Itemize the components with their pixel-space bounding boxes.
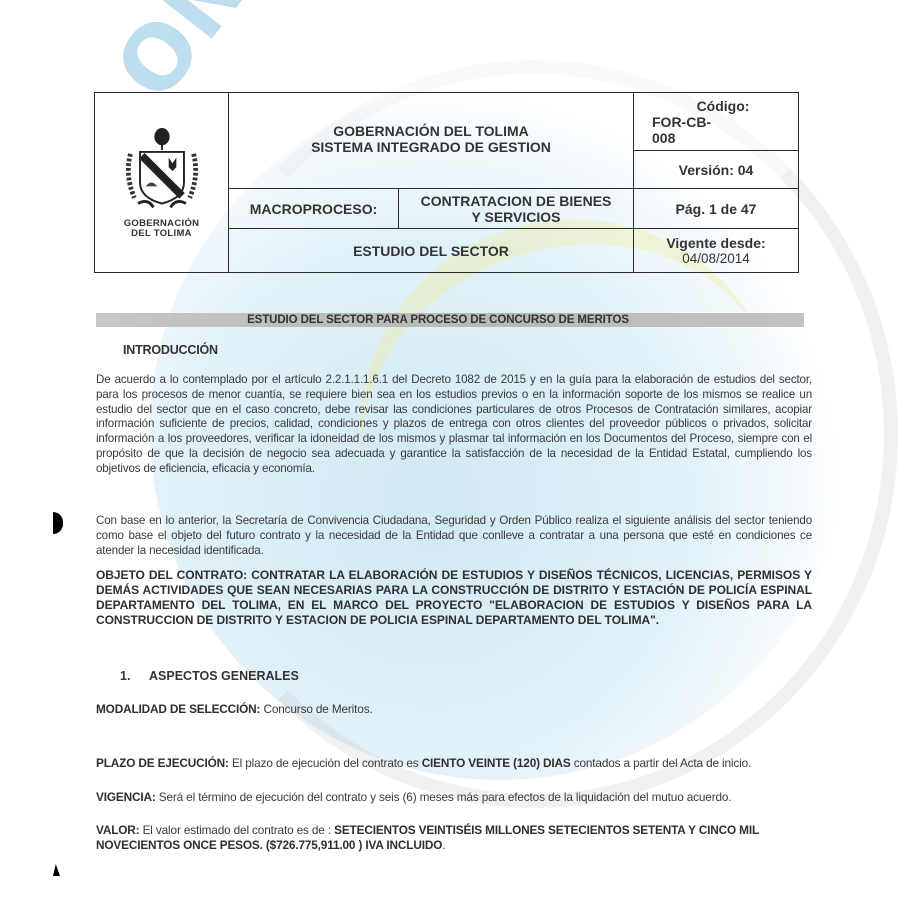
- macroproceso-value-line2: Y SERVICIOS: [403, 209, 629, 225]
- document-name: ESTUDIO DEL SECTOR: [229, 229, 634, 273]
- introduccion-heading: INTRODUCCIÓN: [123, 343, 218, 357]
- section-number: 1.: [120, 669, 146, 683]
- codigo-value-line2: 008: [652, 130, 794, 146]
- plazo-label: PLAZO DE EJECUCIÓN:: [96, 756, 229, 770]
- logo-cell: GOBERNACIÓN DEL TOLIMA: [95, 93, 229, 273]
- modalidad-value: Concurso de Meritos.: [260, 702, 372, 716]
- modalidad-line: MODALIDAD DE SELECCIÓN: Concurso de Meri…: [96, 702, 812, 717]
- aspectos-generales-heading: 1. ASPECTOS GENERALES: [120, 669, 299, 683]
- vigente-date: 04/08/2014: [638, 251, 794, 267]
- macroproceso-value: CONTRATACION DE BIENES Y SERVICIOS: [399, 189, 634, 229]
- vigente-cell: Vigente desde: 04/08/2014: [634, 229, 799, 273]
- codigo-label: Código:: [652, 98, 794, 114]
- macroproceso-label: MACROPROCESO:: [229, 189, 399, 229]
- introduccion-paragraph-2: Con base en lo anterior, la Secretaría d…: [96, 514, 812, 558]
- plazo-text: El plazo de ejecución del contrato es: [229, 756, 422, 770]
- valor-line: VALOR: El valor estimado del contrato es…: [96, 823, 812, 853]
- plazo-text-after: contados a partir del Acta de inicio.: [571, 756, 752, 770]
- vigente-label: Vigente desde:: [638, 235, 794, 251]
- section-title-bar: ESTUDIO DEL SECTOR PARA PROCESO DE CONCU…: [96, 313, 804, 327]
- plazo-duration: CIENTO VEINTE (120) DIAS: [422, 756, 571, 770]
- introduccion-paragraph-1: De acuerdo a lo contemplado por el artíc…: [96, 373, 812, 477]
- organization-title: GOBERNACIÓN DEL TOLIMA: [233, 123, 629, 139]
- logo-text-line1: GOBERNACIÓN: [99, 219, 224, 229]
- valor-text: El valor estimado del contrato es de :: [139, 823, 334, 837]
- document-header-table: GOBERNACIÓN DEL TOLIMA GOBERNACIÓN DEL T…: [94, 92, 799, 273]
- page-number: Pág. 1 de 47: [634, 189, 799, 229]
- vigencia-line: VIGENCIA: Será el término de ejecución d…: [96, 790, 812, 805]
- scan-mark: [53, 864, 60, 876]
- vigencia-label: VIGENCIA:: [96, 790, 156, 804]
- section-heading: ASPECTOS GENERALES: [149, 669, 299, 683]
- document-page: GOBERNACIÓN DEL TOLIMA GOBERNACIÓN DEL T…: [0, 0, 906, 906]
- plazo-line: PLAZO DE EJECUCIÓN: El plazo de ejecució…: [96, 756, 812, 771]
- objeto-del-contrato: OBJETO DEL CONTRATO: CONTRATAR LA ELABOR…: [96, 568, 812, 628]
- macroproceso-value-line1: CONTRATACION DE BIENES: [403, 193, 629, 209]
- section-title: ESTUDIO DEL SECTOR PARA PROCESO DE CONCU…: [247, 314, 629, 326]
- coat-of-arms-icon: [119, 127, 205, 217]
- scan-mark: [53, 512, 63, 534]
- codigo-value-line1: FOR-CB-: [652, 114, 794, 130]
- header-title-cell: GOBERNACIÓN DEL TOLIMA SISTEMA INTEGRADO…: [229, 93, 634, 189]
- system-title: SISTEMA INTEGRADO DE GESTION: [233, 139, 629, 155]
- valor-text-after: .: [442, 838, 445, 852]
- version-cell: Versión: 04: [634, 151, 799, 189]
- codigo-cell: Código: FOR-CB- 008: [634, 93, 799, 151]
- valor-label: VALOR:: [96, 823, 139, 837]
- modalidad-label: MODALIDAD DE SELECCIÓN:: [96, 702, 260, 716]
- logo-text-line2: DEL TOLIMA: [99, 229, 224, 239]
- vigencia-value: Será el término de ejecución del contrat…: [156, 790, 732, 804]
